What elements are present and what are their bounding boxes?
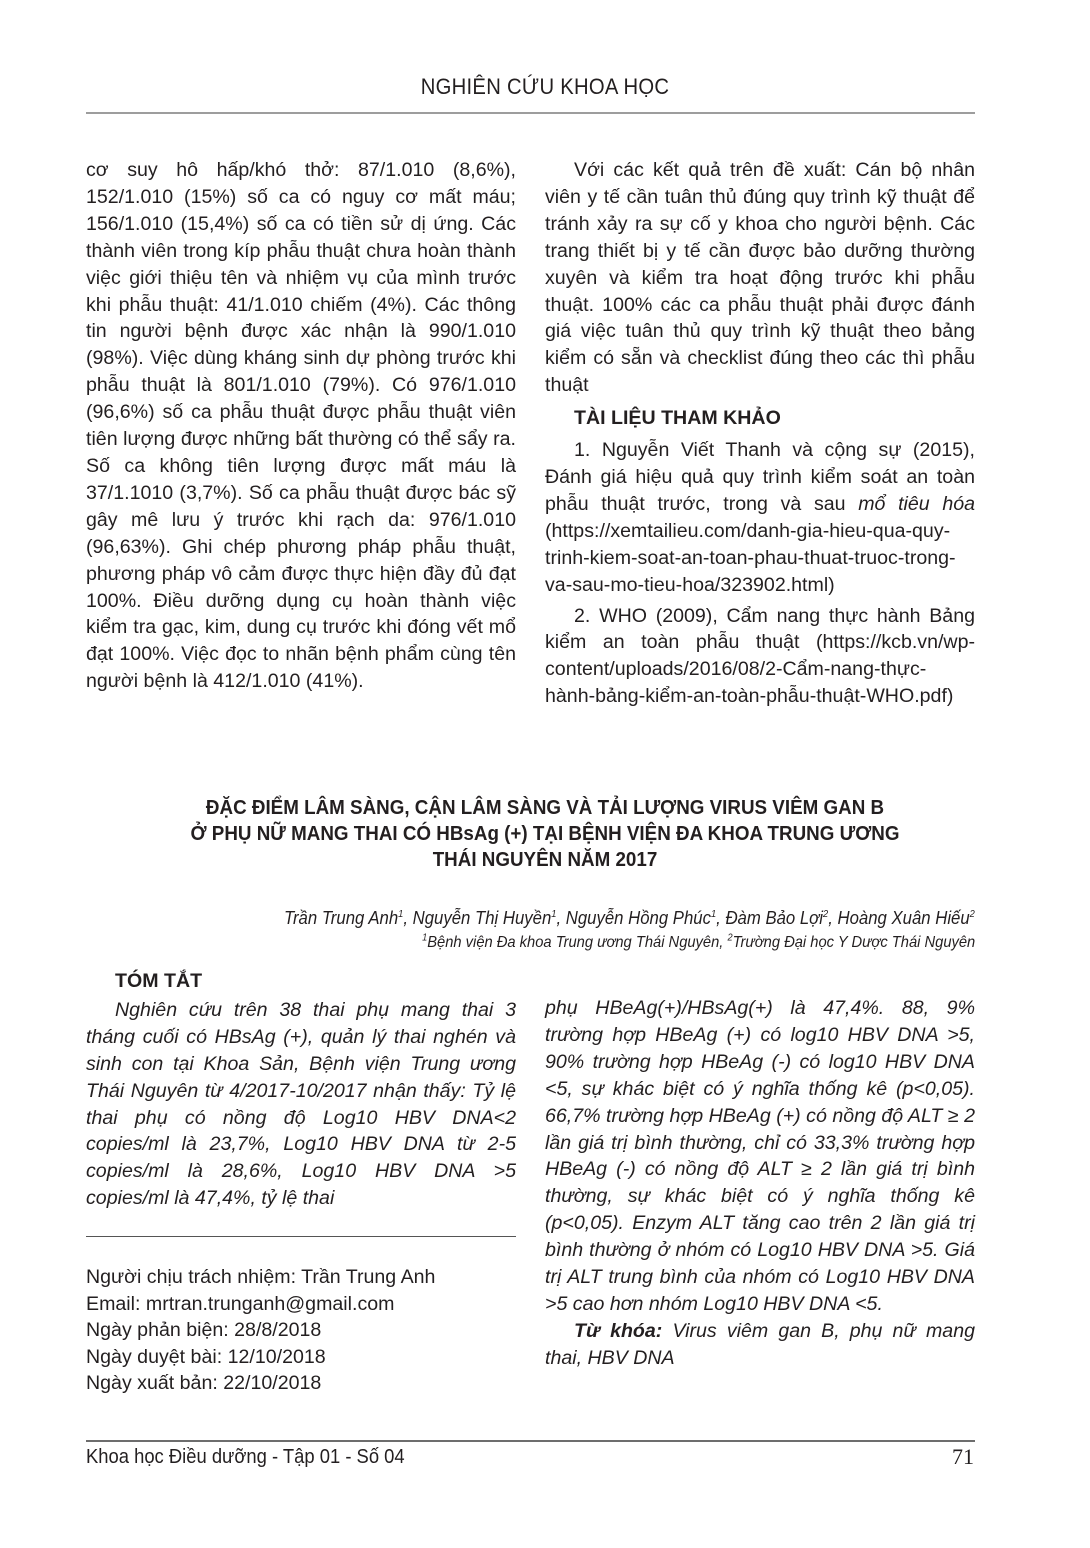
reference-italic: mổ tiêu hóa (858, 493, 975, 515)
affiliation-marker: 2 (970, 909, 975, 920)
affiliation-list: 1Bệnh viện Đa khoa Trung ương Thái Nguyê… (422, 934, 975, 952)
publish-date: Ngày xuất bản: 22/10/2018 (86, 1370, 526, 1397)
abstract-text: Nghiên cứu trên 38 thai phụ mang thai 3 … (86, 997, 516, 1212)
review-date: Ngày phản biện: 28/8/2018 (86, 1317, 526, 1344)
author-name: Hoàng Xuân Hiếu (838, 908, 970, 928)
responsible-author: Người chịu trách nhiệm: Trần Trung Anh (86, 1264, 526, 1291)
author-name: Trần Trung Anh (284, 908, 398, 928)
title-line: ĐẶC ĐIỂM LÂM SÀNG, CẬN LÂM SÀNG VÀ TẢI L… (108, 795, 982, 821)
keywords: Từ khóa: Virus viêm gan B, phụ nữ mang t… (545, 1318, 975, 1372)
prev-article-left-column: cơ suy hô hấp/khó thở: 87/1.010 (8,6%), … (86, 157, 516, 695)
title-line: THÁI NGUYÊN NĂM 2017 (108, 847, 982, 873)
author-name: Nguyễn Thị Huyền (413, 908, 552, 928)
affiliation-marker: 1 (398, 909, 403, 920)
affiliation-marker: 1 (551, 909, 556, 920)
reference-item: 1. Nguyễn Viết Thanh và cộng sự (2015), … (545, 437, 975, 598)
affiliation-name: Trường Đại học Y Dược Thái Nguyên (732, 934, 975, 951)
correspondence-block: Người chịu trách nhiệm: Trần Trung Anh E… (86, 1264, 526, 1397)
affiliation-marker: 2 (727, 933, 732, 944)
page-number: 71 (952, 1444, 974, 1470)
affiliation-name: Bệnh viện Đa khoa Trung ương Thái Nguyên (427, 934, 719, 951)
affiliation-marker: 2 (823, 909, 828, 920)
conclusion-paragraph: Với các kết quả trên đề xuất: Cán bộ nhâ… (545, 157, 975, 399)
affiliation-marker: 1 (422, 933, 427, 944)
abstract-right-column: phụ HBeAg(+)/HBsAg(+) là 47,4%. 88, 9% t… (545, 995, 975, 1372)
abstract-heading: TÓM TẮT (115, 968, 516, 995)
author-name: Đàm Bảo Lợi (726, 908, 824, 928)
reference-item: 2. WHO (2009), Cẩm nang thực hành Bảng k… (545, 603, 975, 711)
reference-link[interactable]: (https://xemtailieu.com/danh-gia-hieu-qu… (545, 520, 956, 596)
abstract-left-column: TÓM TẮT Nghiên cứu trên 38 thai phụ mang… (86, 968, 516, 1212)
header-divider (86, 112, 975, 114)
title-line: Ở PHỤ NỮ MANG THAI CÓ HBsAg (+) TẠI BỆNH… (108, 821, 982, 847)
prev-article-right-column: Với các kết quả trên đề xuất: Cán bộ nhâ… (545, 157, 975, 714)
approval-date: Ngày duyệt bài: 12/10/2018 (86, 1344, 526, 1371)
affiliation-marker: 1 (711, 909, 716, 920)
article-title: ĐẶC ĐIỂM LÂM SÀNG, CẬN LÂM SÀNG VÀ TẢI L… (108, 795, 982, 873)
running-head: NGHIÊN CỨU KHOA HỌC (44, 74, 1047, 100)
references-heading: TÀI LIỆU THAM KHẢO (574, 405, 975, 432)
reference-text[interactable]: 2. WHO (2009), Cẩm nang thực hành Bảng k… (545, 605, 975, 708)
footnote-divider (86, 1236, 516, 1237)
journal-name: Khoa học Điều dưỡng - Tập 01 - Số 04 (86, 1446, 405, 1469)
author-email[interactable]: Email: mrtran.trunganh@gmail.com (86, 1291, 526, 1318)
author-name: Nguyễn Hồng Phúc (566, 908, 711, 928)
footer-divider (86, 1440, 975, 1442)
keywords-label: Từ khóa: (574, 1320, 662, 1342)
author-list: Trần Trung Anh1, Nguyễn Thị Huyền1, Nguy… (284, 905, 975, 931)
body-paragraph: cơ suy hô hấp/khó thở: 87/1.010 (8,6%), … (86, 157, 516, 695)
abstract-text: phụ HBeAg(+)/HBsAg(+) là 47,4%. 88, 9% t… (545, 995, 975, 1318)
